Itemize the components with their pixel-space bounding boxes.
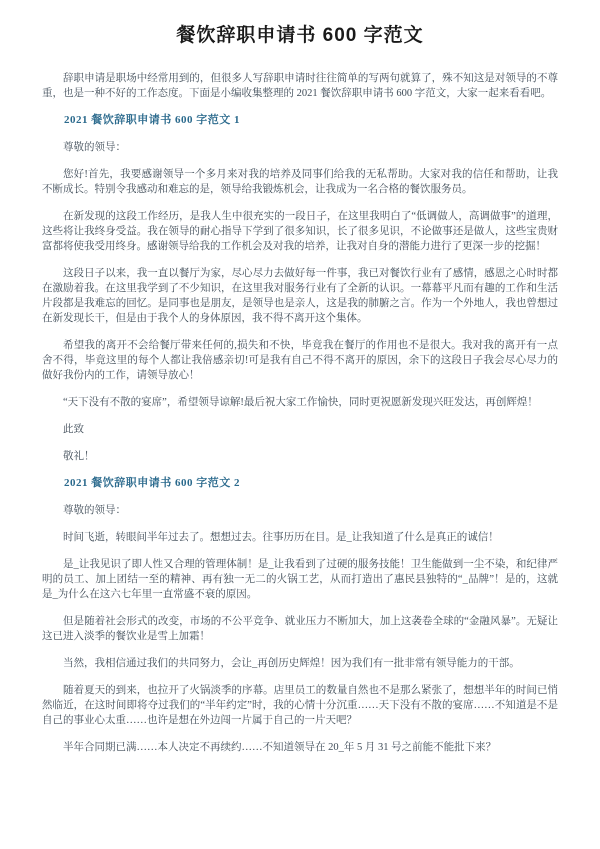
paragraph: 在新发现的这段工作经历，是我人生中很充实的一段日子，在这里我明白了“低调做人，高…: [42, 209, 558, 254]
section-heading-2: 2021 餐饮辞职申请书 600 字范文 2: [42, 476, 558, 491]
section-heading-1: 2021 餐饮辞职申请书 600 字范文 1: [42, 113, 558, 128]
document-page: 餐饮辞职申请书 600 字范文 辞职申请是职场中经常用到的，但很多人写辞职申请时…: [0, 0, 600, 849]
paragraph: 但是随着社会形式的改变，市场的不公平竞争、就业压力不断加大，加上这袭卷全球的“金…: [42, 614, 558, 644]
paragraph: 当然，我相信通过我们的共同努力，会让_再创历史辉煌！因为我们有一批非常有领导能力…: [42, 656, 558, 671]
salutation: 尊敬的领导：: [42, 503, 558, 518]
salutation: 尊敬的领导：: [42, 140, 558, 155]
paragraph: 半年合同期已满……本人决定不再续约……不知道领导在 20_年 5 月 31 号之…: [42, 740, 558, 755]
paragraph: 是_让我见识了即人性又合理的管理体制！是_让我看到了过硬的服务技能！卫生能做到一…: [42, 557, 558, 602]
paragraph: 随着夏天的到来，也拉开了火锅淡季的序幕。店里员工的数量自然也不是那么紧张了，想想…: [42, 683, 558, 728]
intro-paragraph: 辞职申请是职场中经常用到的，但很多人写辞职申请时往往简单的写两句就算了，殊不知这…: [42, 71, 558, 101]
closing-jingli: 敬礼！: [42, 449, 558, 464]
paragraph: 您好!首先，我要感谢领导一个多月来对我的培养及同事们给我的无私帮助。大家对我的信…: [42, 167, 558, 197]
paragraph: 希望我的离开不会给餐厅带来任何的,损失和不快，毕竟我在餐厅的作用也不是很大。我对…: [42, 338, 558, 383]
paragraph: 时间飞逝，转眼间半年过去了。想想过去。往事历历在目。是_让我知道了什么是真正的诚…: [42, 530, 558, 545]
paragraph: 这段日子以来，我一直以餐厅为家，尽心尽力去做好每一件事，我已对餐饮行业有了感情，…: [42, 266, 558, 326]
page-title: 餐饮辞职申请书 600 字范文: [42, 20, 558, 47]
paragraph: “天下没有不散的宴席”，希望领导谅解!最后祝大家工作愉快，同时更祝愿新发现兴旺发…: [42, 395, 558, 410]
closing-cizhi: 此致: [42, 422, 558, 437]
